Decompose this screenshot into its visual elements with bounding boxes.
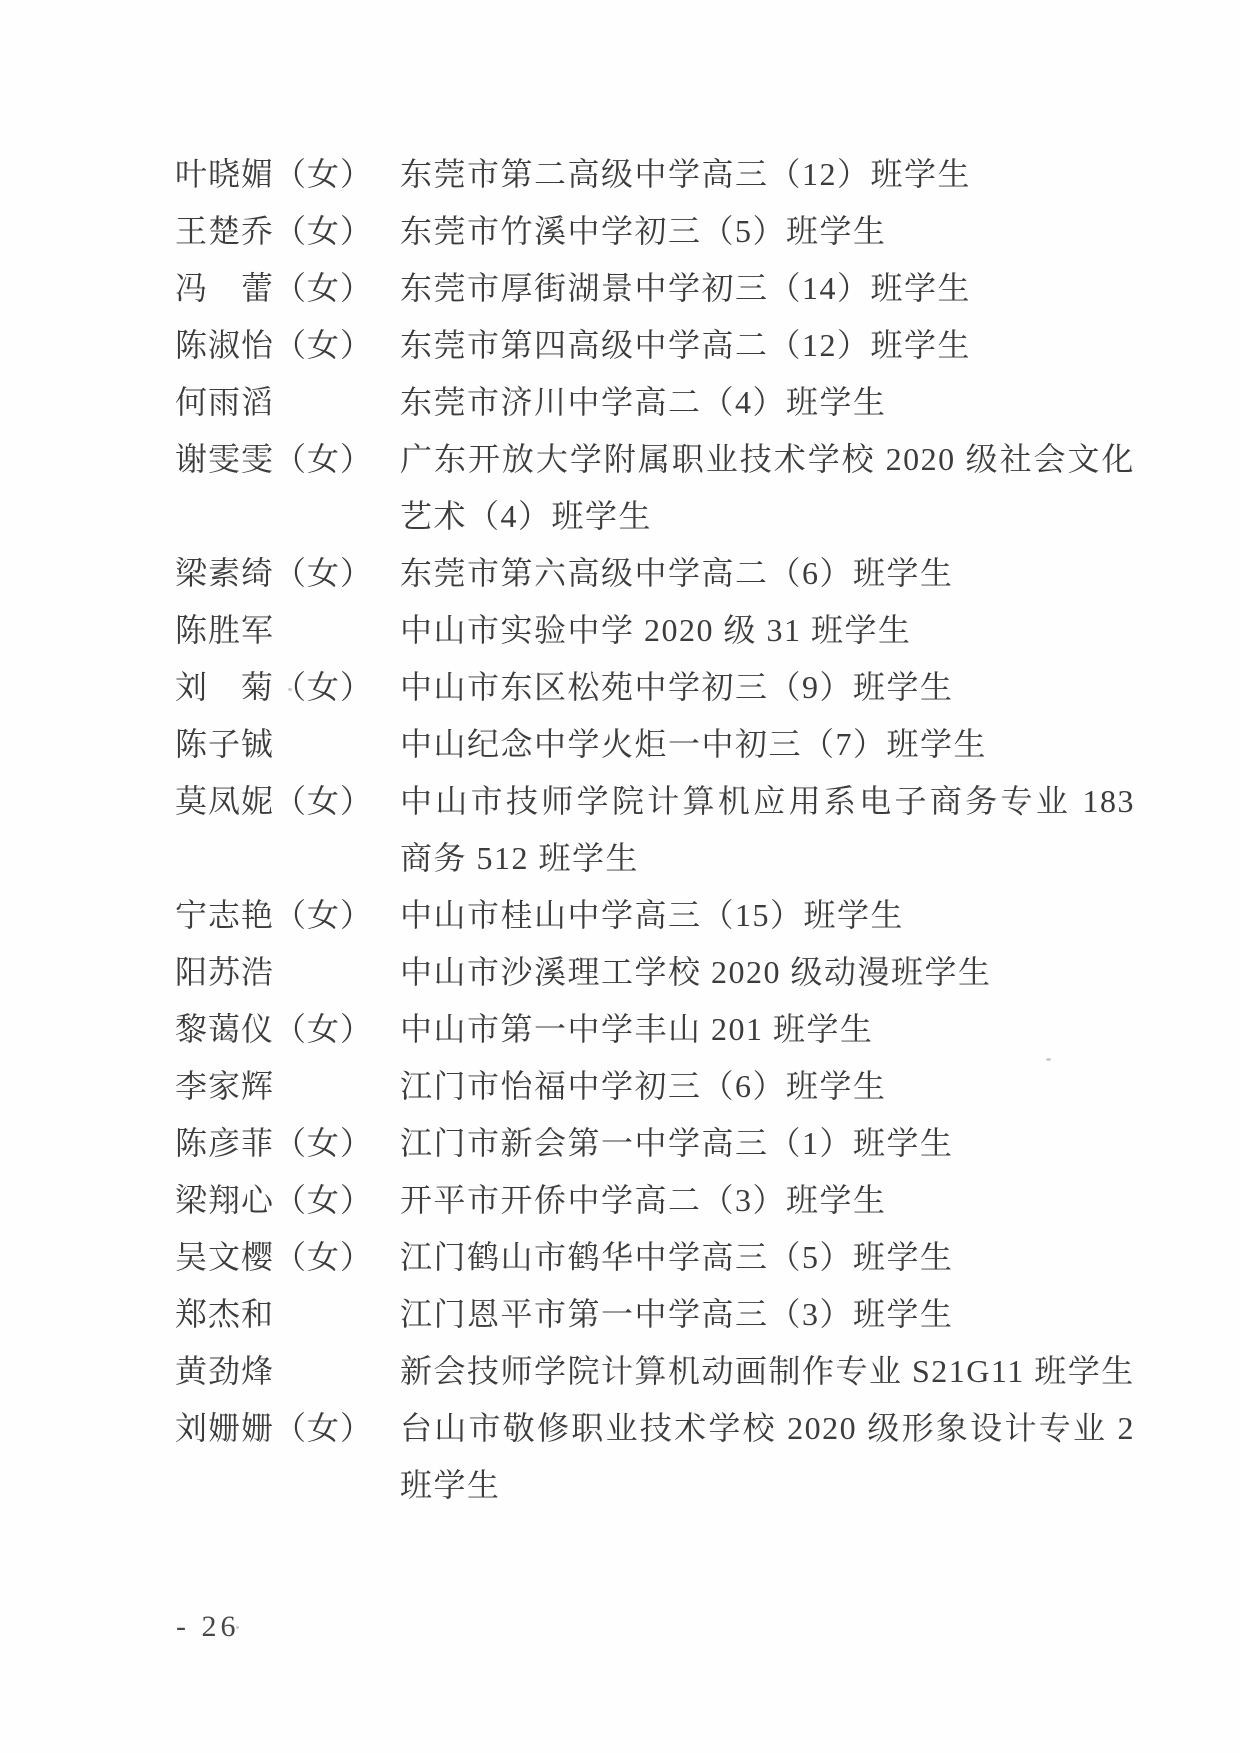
student-school: 中山市技师学院计算机应用系电子商务专业 183 商务 512 班学生 [400, 773, 1135, 887]
student-school: 东莞市竹溪中学初三（5）班学生 [400, 203, 1135, 260]
roster-row: 李家辉 江门市怡福中学初三（6）班学生 [175, 1058, 1135, 1115]
student-roster-list: 叶晓媚（女） 东莞市第二高级中学高三（12）班学生 王楚乔（女） 东莞市竹溪中学… [175, 146, 1135, 1514]
page-number: - 26 [176, 1606, 240, 1648]
student-name: 郑杰和 [175, 1286, 400, 1343]
student-name: 黎蔼仪（女） [175, 1001, 400, 1058]
student-school: 中山纪念中学火炬一中初三（7）班学生 [400, 716, 1135, 773]
roster-row: 冯 蕾（女） 东莞市厚街湖景中学初三（14）班学生 [175, 260, 1135, 317]
student-name: 吴文樱（女） [175, 1229, 400, 1286]
roster-row: 吴文樱（女） 江门鹤山市鹤华中学高三（5）班学生 [175, 1229, 1135, 1286]
student-school: 中山市东区松苑中学初三（9）班学生 [400, 659, 1135, 716]
roster-row: 王楚乔（女） 东莞市竹溪中学初三（5）班学生 [175, 203, 1135, 260]
roster-row: 黎蔼仪（女） 中山市第一中学丰山 201 班学生 [175, 1001, 1135, 1058]
student-name: 刘 菊（女） [175, 659, 400, 716]
student-name: 冯 蕾（女） [175, 260, 400, 317]
student-name: 何雨滔 [175, 374, 400, 431]
student-school: 中山市桂山中学高三（15）班学生 [400, 887, 1135, 944]
roster-row: 陈胜军 中山市实验中学 2020 级 31 班学生 [175, 602, 1135, 659]
roster-row: 郑杰和 江门恩平市第一中学高三（3）班学生 [175, 1286, 1135, 1343]
student-name: 谢雯雯（女） [175, 431, 400, 488]
student-school: 台山市敬修职业技术学校 2020 级形象设计专业 2 班学生 [400, 1400, 1135, 1514]
student-name: 刘姗姗（女） [175, 1400, 400, 1457]
scan-speck [288, 688, 292, 691]
student-school: 中山市第一中学丰山 201 班学生 [400, 1001, 1135, 1058]
roster-row: 黄劲烽 新会技师学院计算机动画制作专业 S21G11 班学生 [175, 1343, 1135, 1400]
roster-row: 陈淑怡（女） 东莞市第四高级中学高二（12）班学生 [175, 317, 1135, 374]
student-school: 中山市沙溪理工学校 2020 级动漫班学生 [400, 944, 1135, 1001]
student-name: 梁素绮（女） [175, 545, 400, 602]
student-name: 陈彦菲（女） [175, 1115, 400, 1172]
student-name: 黄劲烽 [175, 1343, 400, 1400]
student-school: 中山市实验中学 2020 级 31 班学生 [400, 602, 1135, 659]
student-school: 开平市开侨中学高二（3）班学生 [400, 1172, 1135, 1229]
scan-speck [1046, 1058, 1051, 1061]
student-school: 新会技师学院计算机动画制作专业 S21G11 班学生 [400, 1343, 1135, 1400]
roster-row: 陈彦菲（女） 江门市新会第一中学高三（1）班学生 [175, 1115, 1135, 1172]
student-school: 东莞市第二高级中学高三（12）班学生 [400, 146, 1135, 203]
student-name: 阳苏浩 [175, 944, 400, 1001]
student-name: 陈子铖 [175, 716, 400, 773]
student-school: 广东开放大学附属职业技术学校 2020 级社会文化艺术（4）班学生 [400, 431, 1135, 545]
roster-row: 莫凤妮（女） 中山市技师学院计算机应用系电子商务专业 183 商务 512 班学… [175, 773, 1135, 887]
student-name: 宁志艳（女） [175, 887, 400, 944]
roster-row: 何雨滔 东莞市济川中学高二（4）班学生 [175, 374, 1135, 431]
student-name: 陈淑怡（女） [175, 317, 400, 374]
student-school: 江门市新会第一中学高三（1）班学生 [400, 1115, 1135, 1172]
student-name: 陈胜军 [175, 602, 400, 659]
roster-row: 叶晓媚（女） 东莞市第二高级中学高三（12）班学生 [175, 146, 1135, 203]
student-school: 东莞市济川中学高二（4）班学生 [400, 374, 1135, 431]
student-name: 李家辉 [175, 1058, 400, 1115]
roster-row: 陈子铖 中山纪念中学火炬一中初三（7）班学生 [175, 716, 1135, 773]
roster-row: 刘姗姗（女） 台山市敬修职业技术学校 2020 级形象设计专业 2 班学生 [175, 1400, 1135, 1514]
student-name: 莫凤妮（女） [175, 773, 400, 830]
student-school: 东莞市第六高级中学高二（6）班学生 [400, 545, 1135, 602]
roster-row: 谢雯雯（女） 广东开放大学附属职业技术学校 2020 级社会文化艺术（4）班学生 [175, 431, 1135, 545]
roster-row: 阳苏浩 中山市沙溪理工学校 2020 级动漫班学生 [175, 944, 1135, 1001]
document-page: 叶晓媚（女） 东莞市第二高级中学高三（12）班学生 王楚乔（女） 东莞市竹溪中学… [0, 0, 1240, 1753]
roster-row: 梁翔心（女） 开平市开侨中学高二（3）班学生 [175, 1172, 1135, 1229]
student-school: 江门恩平市第一中学高三（3）班学生 [400, 1286, 1135, 1343]
student-school: 东莞市厚街湖景中学初三（14）班学生 [400, 260, 1135, 317]
student-name: 梁翔心（女） [175, 1172, 400, 1229]
student-school: 江门市怡福中学初三（6）班学生 [400, 1058, 1135, 1115]
student-name: 叶晓媚（女） [175, 146, 400, 203]
student-name: 王楚乔（女） [175, 203, 400, 260]
roster-row: 刘 菊（女） 中山市东区松苑中学初三（9）班学生 [175, 659, 1135, 716]
roster-row: 梁素绮（女） 东莞市第六高级中学高二（6）班学生 [175, 545, 1135, 602]
scan-speck [236, 1626, 239, 1629]
student-school: 江门鹤山市鹤华中学高三（5）班学生 [400, 1229, 1135, 1286]
student-school: 东莞市第四高级中学高二（12）班学生 [400, 317, 1135, 374]
roster-row: 宁志艳（女） 中山市桂山中学高三（15）班学生 [175, 887, 1135, 944]
